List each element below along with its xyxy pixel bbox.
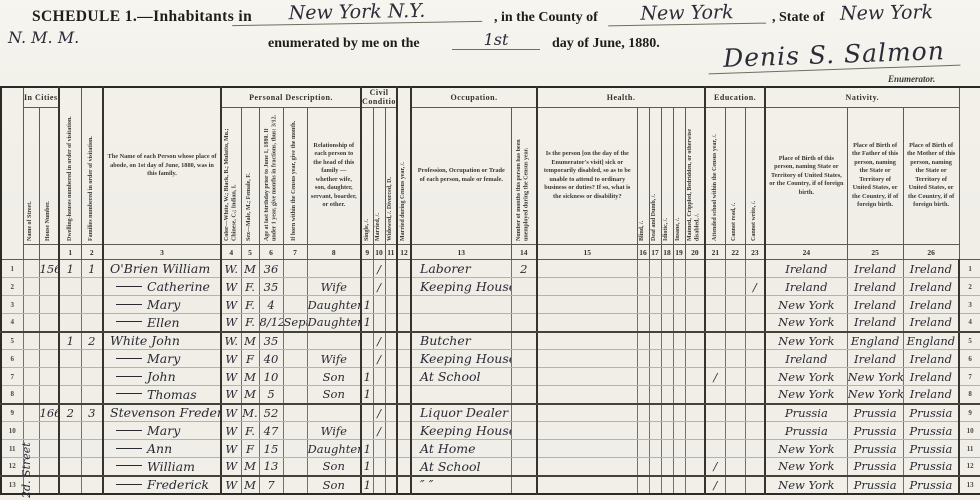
cell-occupation [411,314,511,332]
cell-idiotic [661,386,673,404]
cell-sex: F. [241,314,259,332]
cell-sickness [537,296,637,314]
cell-cannot-write [745,350,765,368]
cell-deaf [649,278,661,296]
person-name: Stevenson Frederick [110,405,221,420]
cell-dwelling-number [59,476,81,494]
colnum-11: 11 [385,245,397,260]
cell-idiotic [661,368,673,386]
cell-months-unemployed [511,458,537,476]
census-sheet: SCHEDULE 1.—Inhabitants in New York N.Y.… [0,0,980,500]
cell-father-birthplace: New York [847,368,903,386]
cell-married [373,314,385,332]
cell-right-line-number: 2 [959,278,980,296]
cell-name: Thomas [103,386,221,404]
cell-married-census-year [397,404,411,422]
cell-father-birthplace: Ireland [847,296,903,314]
cell-family-number [81,422,103,440]
cell-insane [673,278,685,296]
col-header-idiotic: Idiotic, /. [661,107,673,245]
colnum-1: 1 [59,245,81,260]
cell-attended-school [705,440,725,458]
cell-single: 1 [361,386,373,404]
day-value: 1st [452,30,540,50]
cell-occupation [411,296,511,314]
cell-family-number [81,440,103,458]
cell-age: 7 [259,476,283,494]
cell-deaf [649,458,661,476]
cell-relationship: Son [307,458,361,476]
cell-street [23,296,39,314]
cell-sickness [537,332,637,350]
cell-right-line-number: 3 [959,296,980,314]
group-personal-description: Personal Description. [221,87,361,107]
cell-family-number [81,458,103,476]
cell-relationship: Wife [307,422,361,440]
cell-color: W [221,440,241,458]
cell-birthplace: New York [765,368,847,386]
cell-cannot-read [725,440,745,458]
person-name: Thomas [147,387,197,402]
cell-widowed [385,458,397,476]
cell-right-line-number: 8 [959,386,980,404]
cell-married-census-year [397,476,411,494]
person-name: O'Brien William [110,261,210,276]
cell-widowed [385,278,397,296]
cell-widowed [385,422,397,440]
cell-occupation: Liquor Dealer [411,404,511,422]
cell-relationship: Son [307,476,361,494]
cell-age: 40 [259,350,283,368]
cell-dwelling-number: 1 [59,260,81,278]
cell-blind [637,422,649,440]
cell-single: 1 [361,368,373,386]
cell-house-number [39,350,59,368]
cell-mother-birthplace: Prussia [903,422,959,440]
col-header-age: Age at last birthday prior to June 1, 18… [259,107,283,245]
col-header-house-number: House Number. [39,107,59,245]
col-header-street: Name of Street. [23,107,39,245]
col-header-birthplace: Place of Birth of this person, naming St… [765,107,847,245]
colnum-17: 17 [649,245,661,260]
colnum-7: 7 [283,245,307,260]
cell-married: / [373,332,385,350]
cell-maimed [685,314,705,332]
person-name: William [147,459,195,474]
cell-sex: F [241,440,259,458]
cell-birth-month [283,278,307,296]
cell-insane [673,296,685,314]
cell-birth-month [283,476,307,494]
table-body: 1 156 1 1 O'Brien William W. M 36 / Labo… [1,260,980,494]
cell-street [23,368,39,386]
cell-father-birthplace: England [847,332,903,350]
cell-birth-month [283,386,307,404]
cell-street [23,314,39,332]
cell-months-unemployed [511,296,537,314]
cell-family-number [81,476,103,494]
cell-father-birthplace: Prussia [847,422,903,440]
cell-house-number [39,440,59,458]
cell-sex: M [241,332,259,350]
colnum-21: 21 [705,245,725,260]
cell-family-number [81,278,103,296]
cell-birth-month [283,368,307,386]
cell-widowed [385,440,397,458]
cell-cannot-write [745,476,765,494]
cell-left-line-number: 6 [1,350,23,368]
person-name: Mary [147,351,180,366]
cell-birthplace: Ireland [765,260,847,278]
cell-right-line-number: 5 [959,332,980,350]
cell-married [373,296,385,314]
state-value: New York [840,1,933,25]
cell-insane [673,440,685,458]
cell-single [361,260,373,278]
cell-right-line-number: 13 [959,476,980,494]
cell-dwelling-number: 1 [59,332,81,350]
cell-idiotic [661,278,673,296]
cell-married: / [373,404,385,422]
street-name-note: 2d. Street [20,398,36,498]
cell-widowed [385,404,397,422]
colnum-10: 10 [373,245,385,260]
cell-insane [673,404,685,422]
colnum-26: 26 [903,245,959,260]
cell-birthplace: Prussia [765,404,847,422]
cell-color: W [221,458,241,476]
cell-right-line-number: 9 [959,404,980,422]
cell-age: 15 [259,440,283,458]
state-label: , State of [772,10,825,26]
cell-widowed [385,476,397,494]
cell-family-number [81,368,103,386]
cell-family-number [81,314,103,332]
cell-right-line-number: 12 [959,458,980,476]
col-header-widowed: Widowed, /. Divorced, D. [385,107,397,245]
colnum-6: 6 [259,245,283,260]
cell-months-unemployed [511,386,537,404]
cell-mother-birthplace: Prussia [903,458,959,476]
cell-married-census-year [397,314,411,332]
left-line-number-header [1,87,23,260]
cell-cannot-write [745,332,765,350]
cell-relationship [307,332,361,350]
cell-color: W [221,404,241,422]
cell-color: W [221,386,241,404]
cell-months-unemployed [511,314,537,332]
schedule-title: SCHEDULE 1.—Inhabitants in [32,8,252,26]
col-header-family: Families numbered in order of visitation… [81,87,103,245]
cell-single: 1 [361,296,373,314]
table-row: 4 Ellen W F. 8/12 Sept Daughter 1 New Yo… [1,314,980,332]
cell-maimed [685,350,705,368]
cell-maimed [685,260,705,278]
cell-occupation: Keeping House [411,422,511,440]
cell-name: Ann [103,440,221,458]
cell-color: W [221,296,241,314]
cell-street [23,350,39,368]
cell-name: Catherine [103,278,221,296]
cell-dwelling-number [59,296,81,314]
cell-cannot-write [745,386,765,404]
cell-insane [673,350,685,368]
cell-color: W. [221,260,241,278]
cell-attended-school: / [705,458,725,476]
person-name: Mary [147,297,180,312]
cell-cannot-write [745,440,765,458]
cell-single [361,350,373,368]
cell-attended-school [705,422,725,440]
cell-right-line-number: 7 [959,368,980,386]
cell-family-number: 1 [81,260,103,278]
cell-street [23,260,39,278]
cell-house-number [39,476,59,494]
colnum-8: 8 [307,245,361,260]
cell-street [23,332,39,350]
cell-father-birthplace: Prussia [847,476,903,494]
group-health: Health. [537,87,705,107]
cell-blind [637,476,649,494]
enumerator-label: Enumerator. [888,74,935,84]
table-row: 13 Frederick W M 7 Son 1 ″ ″ / New York … [1,476,980,494]
cell-deaf [649,476,661,494]
cell-blind [637,368,649,386]
ditto-dash [116,321,142,322]
cell-dwelling-number [59,350,81,368]
cell-maimed [685,296,705,314]
cell-blind [637,440,649,458]
cell-dwelling-number [59,278,81,296]
cell-single [361,404,373,422]
cell-married-census-year [397,278,411,296]
cell-cannot-read [725,368,745,386]
cell-occupation: Keeping House [411,350,511,368]
cell-sex: M [241,458,259,476]
cell-age: 47 [259,422,283,440]
right-line-number-header [959,87,980,260]
cell-months-unemployed [511,350,537,368]
cell-name: Mary [103,350,221,368]
colnum-house [39,245,59,260]
cell-dwelling-number: 2 [59,404,81,422]
cell-right-line-number: 1 [959,260,980,278]
col-header-married: Married, /. [373,107,385,245]
col-header-cannot-write: Cannot write, /. [745,107,765,245]
cell-blind [637,260,649,278]
cell-blind [637,314,649,332]
cell-occupation [411,386,511,404]
person-name: John [147,369,176,384]
cell-birthplace: New York [765,314,847,332]
cell-married-census-year [397,440,411,458]
cell-birth-month [283,440,307,458]
cell-color: W [221,422,241,440]
cell-widowed [385,368,397,386]
cell-name: John [103,368,221,386]
cell-birthplace: Ireland [765,278,847,296]
column-number-row: 1 2 3 4 5 6 7 8 9 10 11 12 13 14 15 16 1… [1,245,980,260]
cell-months-unemployed [511,404,537,422]
table-row: 1 156 1 1 O'Brien William W. M 36 / Labo… [1,260,980,278]
cell-birth-month [283,458,307,476]
cell-cannot-read [725,422,745,440]
col-header-maimed: Maimed, Crippled, Bedridden, or otherwis… [685,107,705,245]
cell-relationship: Wife [307,278,361,296]
cell-color: W [221,368,241,386]
cell-birth-month [283,296,307,314]
date-tail: day of June, 1880. [552,36,660,52]
ditto-dash [116,430,142,431]
cell-insane [673,368,685,386]
cell-father-birthplace: Ireland [847,350,903,368]
table-row: 3 Mary W F. 4 Daughter 1 New York Irelan… [1,296,980,314]
cell-single [361,332,373,350]
cell-mother-birthplace: Ireland [903,278,959,296]
cell-deaf [649,368,661,386]
county-label: , in the County of [494,10,598,26]
cell-occupation: Keeping House [411,278,511,296]
cell-blind [637,278,649,296]
cell-birthplace: New York [765,440,847,458]
colnum-5: 5 [241,245,259,260]
colnum-2: 2 [81,245,103,260]
ditto-dash [116,448,142,449]
cell-cannot-read [725,296,745,314]
table-row: 8 Thomas W M 5 Son 1 New York New York I… [1,386,980,404]
cell-father-birthplace: Prussia [847,440,903,458]
colnum-13: 13 [411,245,511,260]
col-header-months-unemployed: Number of months this person has been un… [511,107,537,245]
cell-maimed [685,368,705,386]
cell-maimed [685,422,705,440]
cell-color: W [221,350,241,368]
cell-relationship [307,404,361,422]
cell-left-line-number: 2 [1,278,23,296]
cell-married-census-year [397,368,411,386]
cell-blind [637,458,649,476]
cell-occupation: Butcher [411,332,511,350]
cell-house-number: 166 [39,404,59,422]
cell-father-birthplace: Ireland [847,314,903,332]
col-header-father-birthplace: Place of Birth of the Father of this per… [847,107,903,245]
cell-name: Stevenson Frederick [103,404,221,422]
col-header-profession: Profession, Occupation or Trade of each … [411,107,511,245]
cell-married-census-year [397,332,411,350]
cell-sickness [537,476,637,494]
cell-blind [637,350,649,368]
cell-months-unemployed [511,368,537,386]
doc-header: SCHEDULE 1.—Inhabitants in New York N.Y.… [0,0,980,86]
group-nativity: Nativity. [765,87,959,107]
cell-single: 1 [361,476,373,494]
census-table: In Cities Dwelling-houses numbered in or… [0,86,980,495]
ditto-dash [116,304,142,305]
cell-months-unemployed [511,332,537,350]
colnum-23: 23 [745,245,765,260]
cell-relationship: Wife [307,350,361,368]
cell-family-number [81,350,103,368]
colnum-18: 18 [661,245,673,260]
cell-mother-birthplace: Ireland [903,350,959,368]
cell-age: 5 [259,386,283,404]
cell-cannot-write [745,422,765,440]
cell-sickness [537,440,637,458]
cell-months-unemployed [511,422,537,440]
cell-months-unemployed [511,440,537,458]
group-civil-condition: Civil Condition. [361,87,397,107]
cell-father-birthplace: Prussia [847,404,903,422]
cell-married-census-year [397,422,411,440]
cell-relationship [307,260,361,278]
cell-occupation: At School [411,458,511,476]
cell-sex: M [241,260,259,278]
colnum-14: 14 [511,245,537,260]
cell-attended-school [705,260,725,278]
cell-attended-school [705,404,725,422]
cell-name: Mary [103,296,221,314]
cell-maimed [685,440,705,458]
cell-birth-month [283,404,307,422]
cell-married: / [373,278,385,296]
table-row: 6 Mary W F 40 Wife / Keeping House Irela… [1,350,980,368]
cell-idiotic [661,314,673,332]
cell-cannot-write [745,368,765,386]
cell-months-unemployed [511,476,537,494]
colnum-12: 12 [397,245,411,260]
col-header-color: Color—White, W.; Black, B.; Mulatto, Mu.… [221,107,241,245]
cell-blind [637,296,649,314]
cell-attended-school [705,350,725,368]
cell-widowed [385,386,397,404]
cell-insane [673,422,685,440]
col-header-attended-school: Attended school within the Census year, … [705,107,725,245]
place-value: New York N.Y. [232,0,482,26]
cell-cannot-read [725,332,745,350]
cell-attended-school [705,314,725,332]
colnum-20: 20 [685,245,705,260]
cell-age: 10 [259,368,283,386]
table-row: 2 Catherine W F. 35 Wife / Keeping House… [1,278,980,296]
cell-attended-school: / [705,368,725,386]
cell-cannot-read [725,386,745,404]
cell-father-birthplace: Ireland [847,278,903,296]
col-header-sickness: Is the person [on the day of the Enumera… [537,107,637,245]
cell-father-birthplace: Ireland [847,260,903,278]
cell-right-line-number: 4 [959,314,980,332]
col-header-dwelling: Dwelling-houses numbered in order of vis… [59,87,81,245]
colnum-9: 9 [361,245,373,260]
col-header-married-census-year: Married during Census year, /. [397,87,411,245]
cell-house-number [39,368,59,386]
cell-cannot-write [745,404,765,422]
table-row: 9 166 2 3 Stevenson Frederick W M. 52 / … [1,404,980,422]
cell-dwelling-number [59,458,81,476]
cell-cannot-read [725,278,745,296]
cell-right-line-number: 6 [959,350,980,368]
col-header-insane: Insane, /. [673,107,685,245]
cell-sickness [537,404,637,422]
cell-birthplace: New York [765,386,847,404]
cell-color: W [221,314,241,332]
cell-attended-school [705,278,725,296]
cell-idiotic [661,260,673,278]
cell-right-line-number: 11 [959,440,980,458]
colnum-19: 19 [673,245,685,260]
cell-relationship: Daughter [307,296,361,314]
cell-cannot-write [745,296,765,314]
cell-mother-birthplace: Ireland [903,260,959,278]
